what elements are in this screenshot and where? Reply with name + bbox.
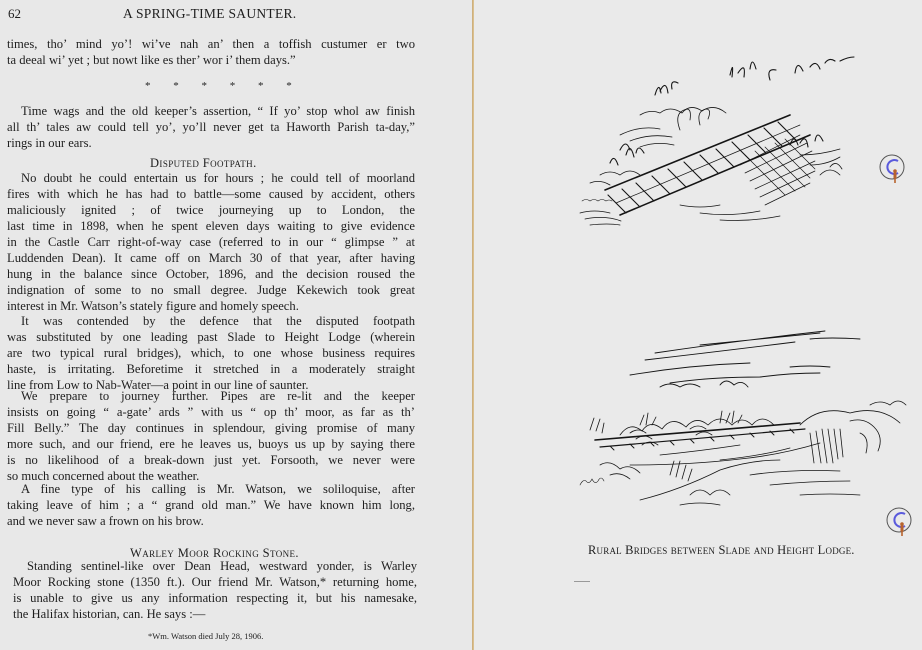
- text-line: last time in 1898, when he spent eleven …: [7, 218, 415, 234]
- paragraph-fine-type: A fine type of his calling is Mr. Watson…: [7, 481, 415, 529]
- text-line: all th’ tales aw could tell yo’, yo’ll n…: [7, 119, 415, 135]
- stray-mark: [574, 581, 590, 582]
- text-line: haste, is irritating. Beforetime it stre…: [7, 361, 415, 377]
- text-line: ta deeal wi’ yet ; but nowt like es ther…: [7, 52, 415, 68]
- running-title: A SPRING-TIME SAUNTER.: [123, 6, 296, 22]
- text-line: in the Castle Carr right-of-way case (re…: [7, 234, 415, 250]
- text-line: Fill Belly.” The day continues in splend…: [7, 420, 415, 436]
- text-line: and we never saw a frown on his brow.: [7, 513, 415, 529]
- text-line: No doubt he could entertain us for hours…: [7, 170, 415, 186]
- text-line: We prepare to journey further. Pipes are…: [7, 388, 415, 404]
- text-line: was substituted by one leading past Slad…: [7, 329, 415, 345]
- running-head: 62 A SPRING-TIME SAUNTER.: [8, 6, 418, 24]
- paragraph-standing: Standing sentinel-like over Dean Head, w…: [13, 558, 417, 622]
- copyright-figure-icon: [884, 506, 914, 536]
- section-heading-disputed-footpath: Disputed Footpath.: [150, 156, 257, 171]
- text-line: rings in our ears.: [7, 135, 415, 151]
- text-line: taking leave of him ; a “ grand old man.…: [7, 497, 415, 513]
- illustration-plank-bridge: [560, 55, 880, 230]
- paragraph-no-doubt: No doubt he could entertain us for hours…: [7, 170, 415, 314]
- text-line: interest in Mr. Watson’s stately figure …: [7, 298, 415, 314]
- text-line: Moor Rocking stone (1350 ft.). Our frien…: [13, 574, 417, 590]
- illustration-slab-bridge: [570, 325, 920, 515]
- copyright-figure-icon: [877, 153, 907, 183]
- text-line: It was contended by the defence that the…: [7, 313, 415, 329]
- text-line: insists on going “ a-gate’ ards ” with u…: [7, 404, 415, 420]
- text-line: is unable to give us any information res…: [13, 590, 417, 606]
- paragraph-opening: times, tho’ mind yo’! wi’ve nah an’ then…: [7, 36, 415, 68]
- section-break: * * * * * *: [145, 80, 302, 92]
- page-number: 62: [8, 6, 21, 22]
- illustration-caption: Rural Bridges between Slade and Height L…: [588, 543, 855, 558]
- text-line: are two typical rural bridges), which, t…: [7, 345, 415, 361]
- paragraph-time-wags: Time wags and the old keeper’s assertion…: [7, 103, 415, 151]
- text-line: A fine type of his calling is Mr. Watson…: [7, 481, 415, 497]
- text-line: is no likelihood of a break-down just ye…: [7, 452, 415, 468]
- left-page: 62 A SPRING-TIME SAUNTER. times, tho’ mi…: [0, 0, 473, 650]
- text-line: Time wags and the old keeper’s assertion…: [7, 103, 415, 119]
- paragraph-prepare: We prepare to journey further. Pipes are…: [7, 388, 415, 484]
- text-line: maliciously ignited ; of twice journeyin…: [7, 202, 415, 218]
- paragraph-contended: It was contended by the defence that the…: [7, 313, 415, 393]
- text-line: the Halifax historian, can. He says :—: [13, 606, 417, 622]
- text-line: indignation of some to no small degree. …: [7, 282, 415, 298]
- text-line: Luddenden Dean). It came off on March 30…: [7, 250, 415, 266]
- text-line: more such, and our friend, ere he leaves…: [7, 436, 415, 452]
- text-line: times, tho’ mind yo’! wi’ve nah an’ then…: [7, 36, 415, 52]
- text-line: fires with which he has had to battle—so…: [7, 186, 415, 202]
- footnote: *Wm. Watson died July 28, 1906.: [148, 631, 263, 641]
- text-line: Standing sentinel-like over Dean Head, w…: [13, 558, 417, 574]
- text-line: hung in the balance since October, 1896,…: [7, 266, 415, 282]
